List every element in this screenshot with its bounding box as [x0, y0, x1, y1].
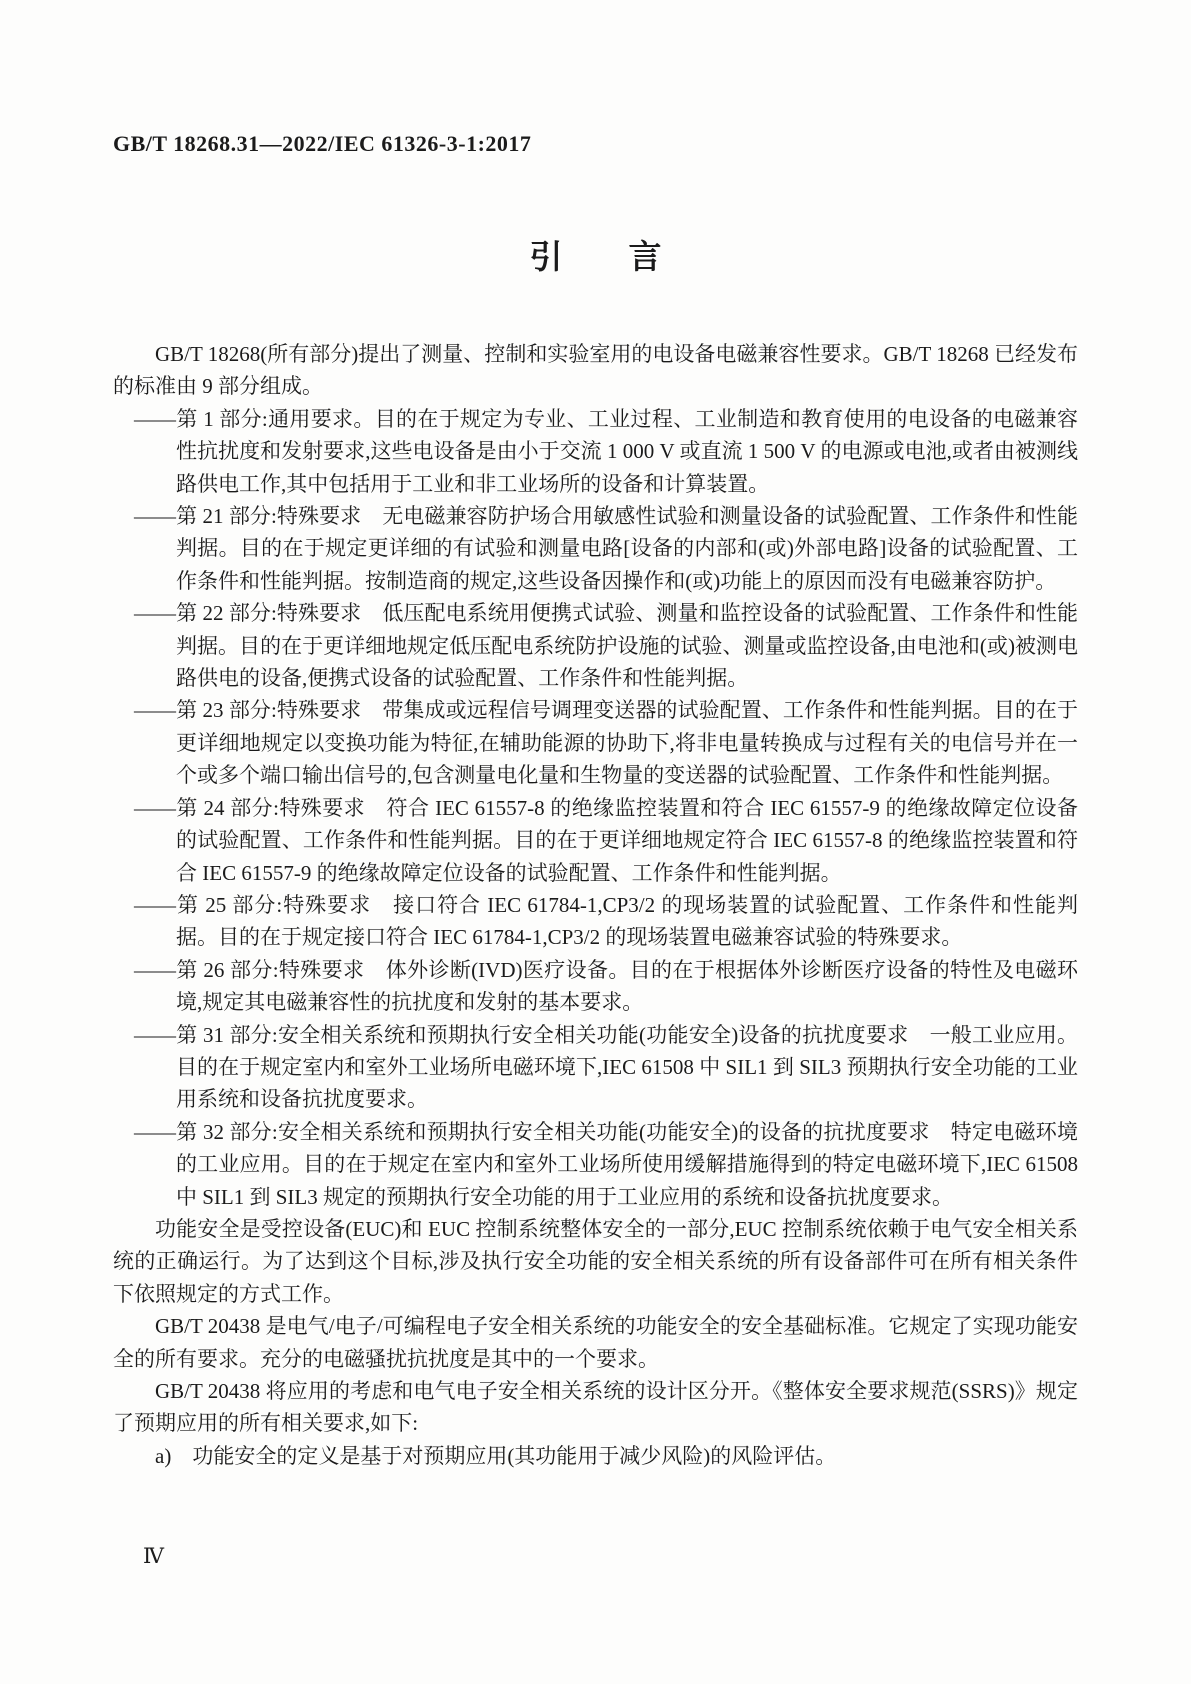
part-item: ——第 24 部分:特殊要求 符合 IEC 61557-8 的绝缘监控装置和符合…	[113, 792, 1078, 889]
page-title: 引 言	[0, 231, 1191, 278]
part-item: ——第 26 部分:特殊要求 体外诊断(IVD)医疗设备。目的在于根据体外诊断医…	[113, 954, 1078, 1019]
closing-paragraph: GB/T 20438 将应用的考虑和电气电子安全相关系统的设计区分开。《整体安全…	[113, 1375, 1078, 1440]
intro-paragraph: GB/T 18268(所有部分)提出了测量、控制和实验室用的电设备电磁兼容性要求…	[113, 338, 1078, 403]
document-page: GB/T 18268.31—2022/IEC 61326-3-1:2017 引 …	[0, 0, 1191, 1684]
document-body: GB/T 18268(所有部分)提出了测量、控制和实验室用的电设备电磁兼容性要求…	[113, 338, 1078, 1472]
closing-paragraphs: 功能安全是受控设备(EUC)和 EUC 控制系统整体安全的一部分,EUC 控制系…	[113, 1213, 1078, 1440]
part-item: ——第 31 部分:安全相关系统和预期执行安全相关功能(功能安全)设备的抗扰度要…	[113, 1019, 1078, 1116]
list-item-a: a) 功能安全的定义是基于对预期应用(其功能用于减少风险)的风险评估。	[113, 1440, 1078, 1472]
part-item: ——第 23 部分:特殊要求 带集成或远程信号调理变送器的试验配置、工作条件和性…	[113, 694, 1078, 791]
parts-list: ——第 1 部分:通用要求。目的在于规定为专业、工业过程、工业制造和教育使用的电…	[113, 403, 1078, 1213]
part-item: ——第 21 部分:特殊要求 无电磁兼容防护场合用敏感性试验和测量设备的试验配置…	[113, 500, 1078, 597]
closing-paragraph: GB/T 20438 是电气/电子/可编程电子安全相关系统的功能安全的安全基础标…	[113, 1310, 1078, 1375]
page-number: Ⅳ	[143, 1544, 164, 1569]
part-item: ——第 32 部分:安全相关系统和预期执行安全相关功能(功能安全)的设备的抗扰度…	[113, 1116, 1078, 1213]
closing-paragraph: 功能安全是受控设备(EUC)和 EUC 控制系统整体安全的一部分,EUC 控制系…	[113, 1213, 1078, 1310]
part-item: ——第 22 部分:特殊要求 低压配电系统用便携式试验、测量和监控设备的试验配置…	[113, 597, 1078, 694]
standard-code-header: GB/T 18268.31—2022/IEC 61326-3-1:2017	[113, 131, 531, 157]
part-item: ——第 1 部分:通用要求。目的在于规定为专业、工业过程、工业制造和教育使用的电…	[113, 403, 1078, 500]
part-item: ——第 25 部分:特殊要求 接口符合 IEC 61784-1,CP3/2 的现…	[113, 889, 1078, 954]
